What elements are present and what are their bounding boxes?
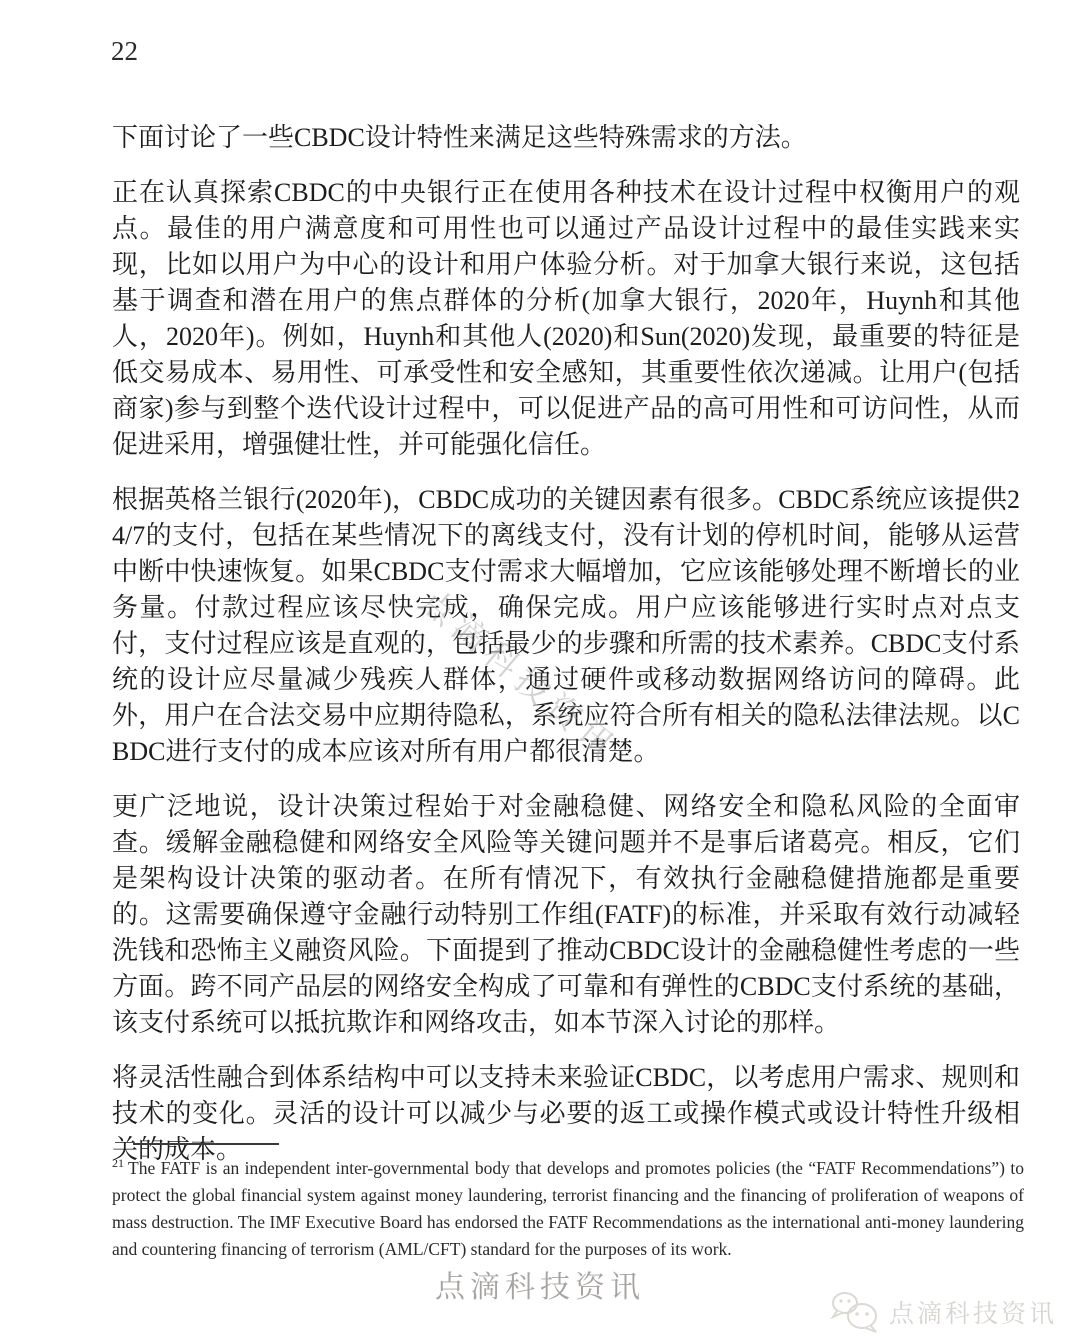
document-page: 22 下面讨论了一些CBDC设计特性来满足这些特殊需求的方法。 正在认真探索CB… xyxy=(0,0,1080,1337)
footnote-separator xyxy=(133,1143,279,1145)
body-text: 下面讨论了一些CBDC设计特性来满足这些特殊需求的方法。 正在认真探索CBDC的… xyxy=(112,120,1020,1187)
paragraph: 更广泛地说，设计决策过程始于对金融稳健、网络安全和隐私风险的全面审查。缓解金融稳… xyxy=(112,789,1020,1041)
footnote-text: The FATF is an independent inter-governm… xyxy=(112,1158,1024,1259)
wechat-icon xyxy=(830,1290,882,1334)
footnote: 21The FATF is an independent inter-gover… xyxy=(112,1150,1024,1263)
page-number: 22 xyxy=(111,36,138,67)
paragraph: 正在认真探索CBDC的中央银行正在使用各种技术在设计过程中权衡用户的观点。最佳的… xyxy=(112,175,1020,463)
paragraph: 根据英格兰银行(2020年)，CBDC成功的关键因素有很多。CBDC系统应该提供… xyxy=(112,482,1020,770)
watermark-bottom-right-text: 点滴科技资讯 xyxy=(889,1294,1057,1330)
footnote-number: 21 xyxy=(112,1156,124,1170)
paragraph: 下面讨论了一些CBDC设计特性来满足这些特殊需求的方法。 xyxy=(112,120,1020,156)
watermark-bottom-right: 点滴科技资讯 xyxy=(830,1290,1057,1334)
